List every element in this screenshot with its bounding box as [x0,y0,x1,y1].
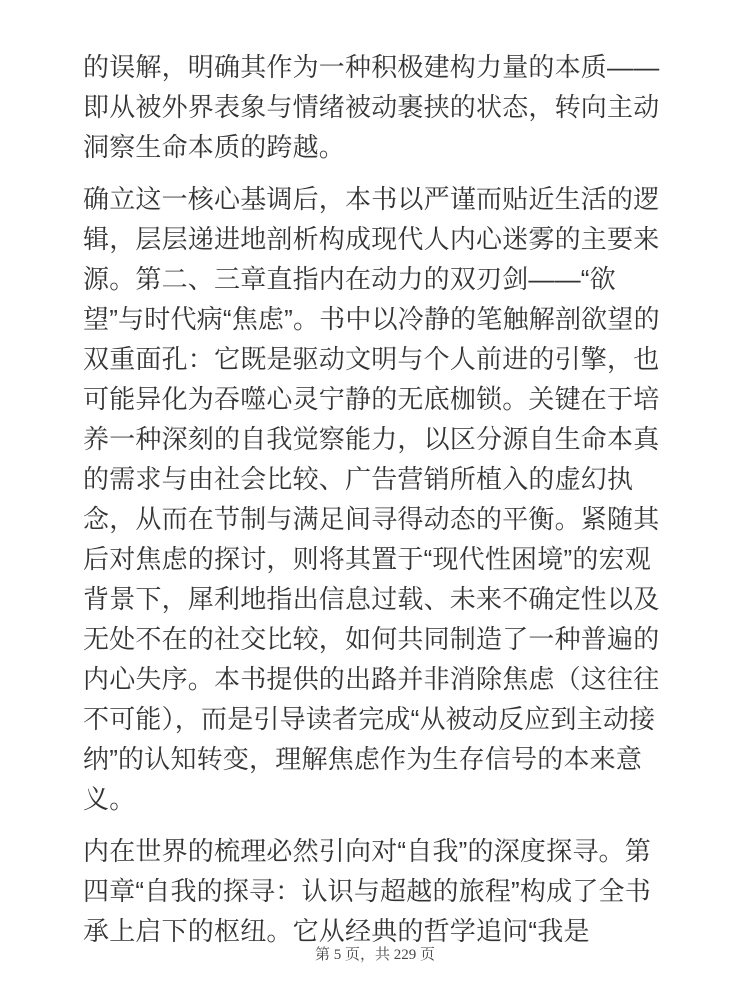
paragraph-1: 的误解，明确其作为一种积极建构力量的本质——即从被外界表象与情绪被动裹挟的状态，… [83,47,663,167]
paragraph-2: 确立这一核心基调后，本书以严谨而贴近生活的逻辑，层层递进地剖析构成现代人内心迷雾… [83,179,663,819]
page-text-area: 的误解，明确其作为一种积极建构力量的本质——即从被外界表象与情绪被动裹挟的状态，… [83,47,663,963]
page-footer: 第 5 页，共 229 页 [0,946,750,964]
document-page: 的误解，明确其作为一种积极建构力量的本质——即从被外界表象与情绪被动裹挟的状态，… [0,0,750,1000]
page-number-label: 第 5 页，共 229 页 [315,947,435,963]
paragraph-3: 内在世界的梳理必然引向对“自我”的深度探寻。第四章“自我的探寻：认识与超越的旅程… [83,831,663,951]
